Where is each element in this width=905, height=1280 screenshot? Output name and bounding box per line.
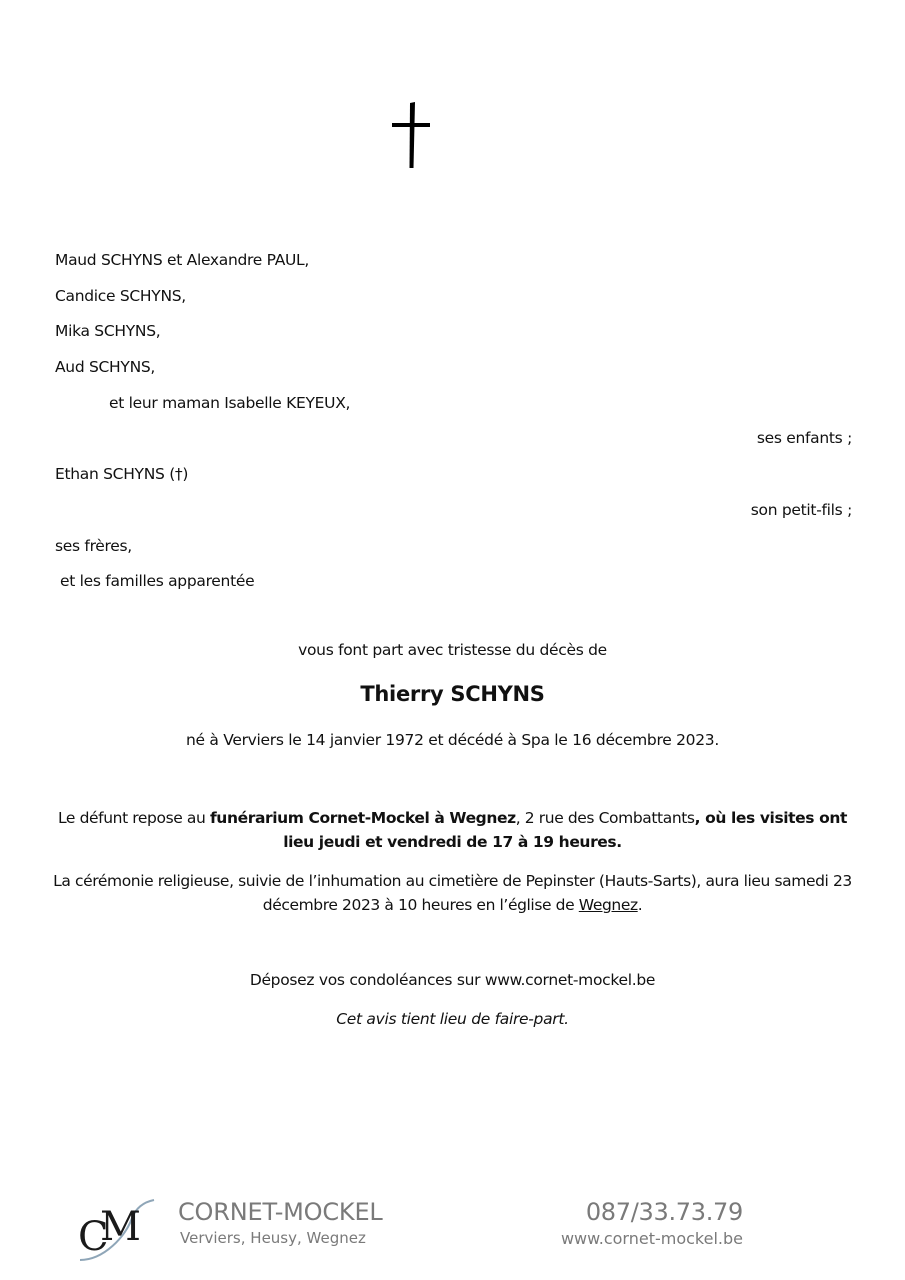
family-line: et les familles apparentée [55, 570, 852, 606]
ceremony-end: . [638, 896, 643, 914]
family-line: et leur maman Isabelle KEYEUX, [55, 392, 852, 428]
ceremony-paragraph: La cérémonie religieuse, suivie de l’inh… [50, 869, 855, 917]
church-location: Wegnez [579, 896, 638, 914]
birth-death-dates: né à Verviers le 14 janvier 1972 et décé… [0, 731, 905, 749]
family-line: Maud SCHYNS et Alexandre PAUL, [55, 249, 852, 285]
deceased-name: Thierry SCHYNS [0, 682, 905, 706]
family-line: Mika SCHYNS, [55, 320, 852, 356]
family-list: Maud SCHYNS et Alexandre PAUL,Candice SC… [55, 249, 852, 606]
ceremony-text: La cérémonie religieuse, suivie de l’inh… [53, 872, 852, 914]
repose-paragraph: Le défunt repose au funérarium Cornet-Mo… [50, 806, 855, 854]
family-line: Candice SCHYNS, [55, 285, 852, 321]
announcement-text: vous font part avec tristesse du décès d… [0, 641, 905, 659]
notice-text: Cet avis tient lieu de faire-part. [0, 1010, 905, 1028]
phone-number: 087/33.73.79 [586, 1198, 743, 1226]
cornet-mockel-logo-icon: C M [74, 1196, 162, 1264]
family-line: ses frères, [55, 535, 852, 571]
repose-text-1: Le défunt repose au [58, 809, 210, 827]
family-line: ses enfants ; [55, 427, 852, 463]
funerarium-name: funérarium Cornet-Mockel à Wegnez [210, 809, 516, 827]
brand-towns: Verviers, Heusy, Wegnez [180, 1229, 366, 1247]
website-link[interactable]: www.cornet-mockel.be [561, 1229, 743, 1248]
cross-icon [390, 100, 432, 170]
family-line: Aud SCHYNS, [55, 356, 852, 392]
brand-name: CORNET-MOCKEL [178, 1198, 383, 1226]
repose-address: , 2 rue des Combattants [516, 809, 695, 827]
funeral-notice-page: Maud SCHYNS et Alexandre PAUL,Candice SC… [0, 0, 905, 1280]
svg-text:M: M [100, 1204, 141, 1250]
condolences-text: Déposez vos condoléances sur www.cornet-… [0, 971, 905, 989]
family-line: Ethan SCHYNS (†) [55, 463, 852, 499]
family-line: son petit-fils ; [55, 499, 852, 535]
